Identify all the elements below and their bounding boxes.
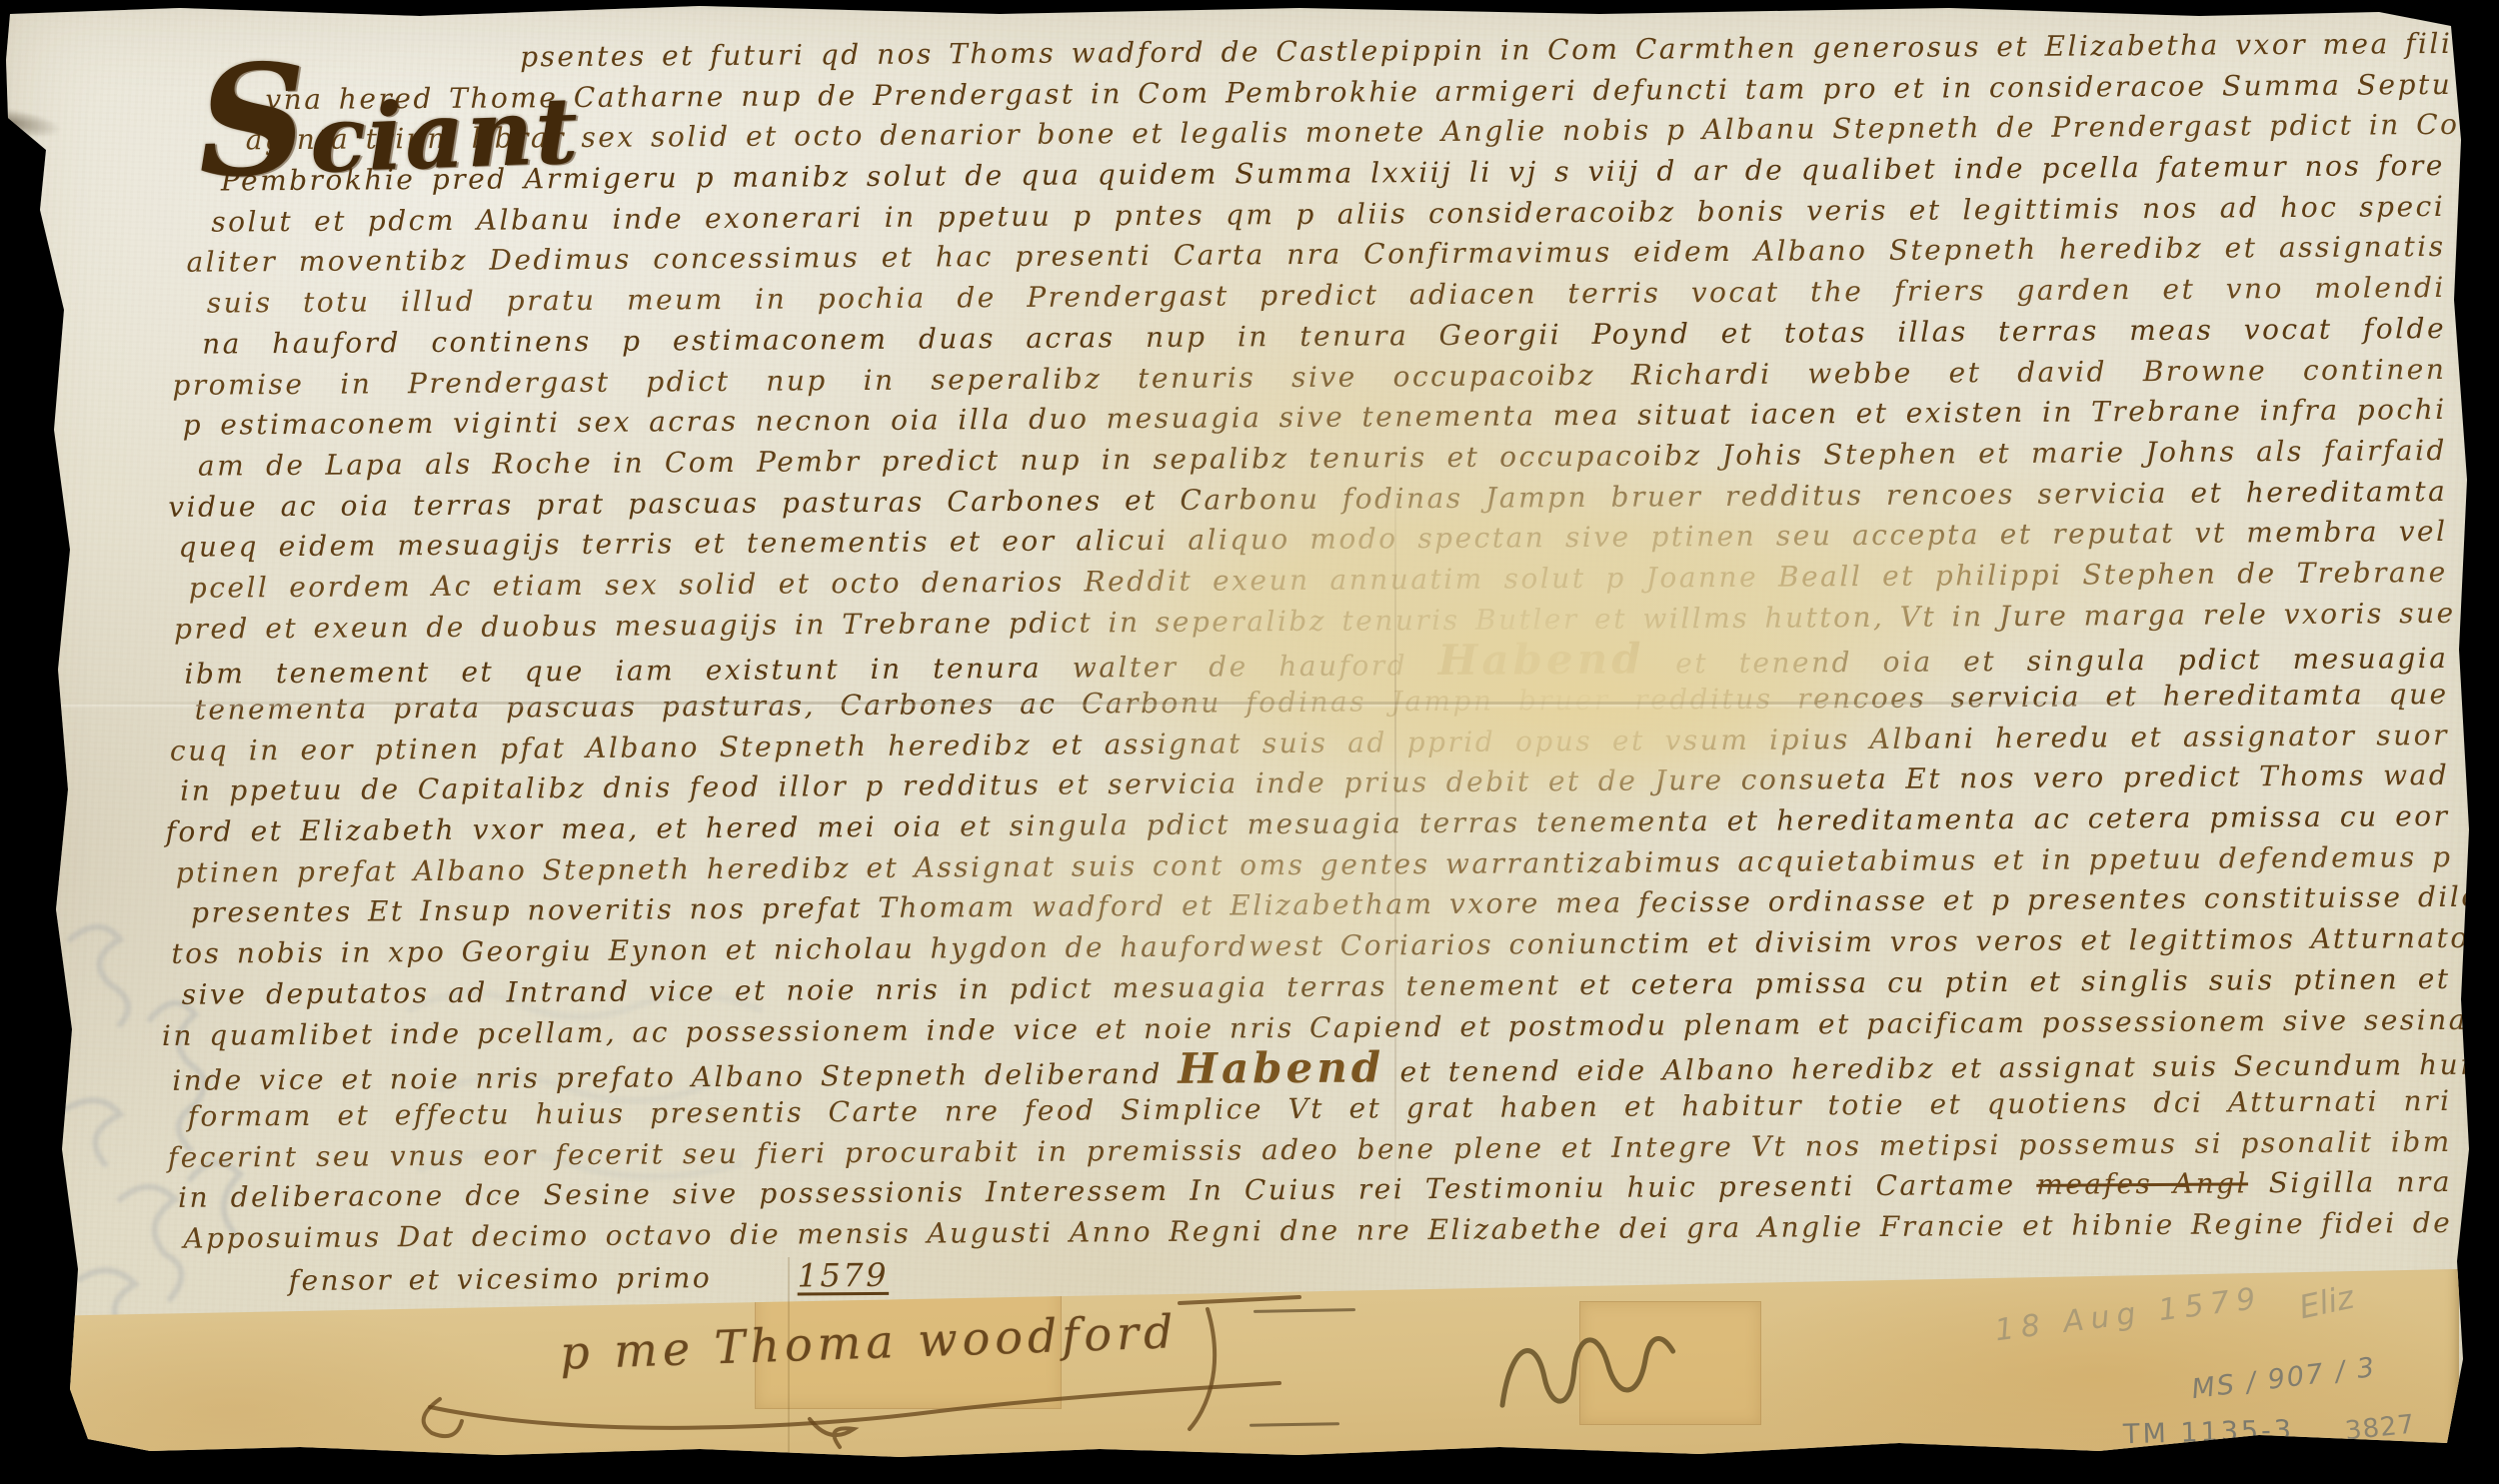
signature-flourish — [380, 1279, 1339, 1459]
manuscript-text: psentes et futuri qd nos Thoms wadford d… — [150, 24, 2453, 1300]
pencil-annotation-tm-reference: TM 1135-3 — [2123, 1415, 2295, 1450]
initial-word: Sciant — [195, 36, 531, 217]
parchment: Sciant psentes et futuri qd nos Thoms wa… — [0, 0, 2499, 1484]
manuscript-big: Habend — [1438, 635, 1645, 685]
fold-crease — [55, 702, 2434, 705]
manuscript-segment: Sigilla nra — [2269, 1165, 2453, 1199]
canvas: Sciant psentes et futuri qd nos Thoms wa… — [0, 0, 2499, 1484]
edge-tear — [4, 108, 63, 144]
fold-crease — [1394, 420, 1396, 1259]
manuscript-big: Habend — [1178, 1043, 1384, 1093]
witness-mark — [1479, 1279, 1699, 1439]
manuscript-struck: meafes Angl — [2036, 1167, 2248, 1201]
